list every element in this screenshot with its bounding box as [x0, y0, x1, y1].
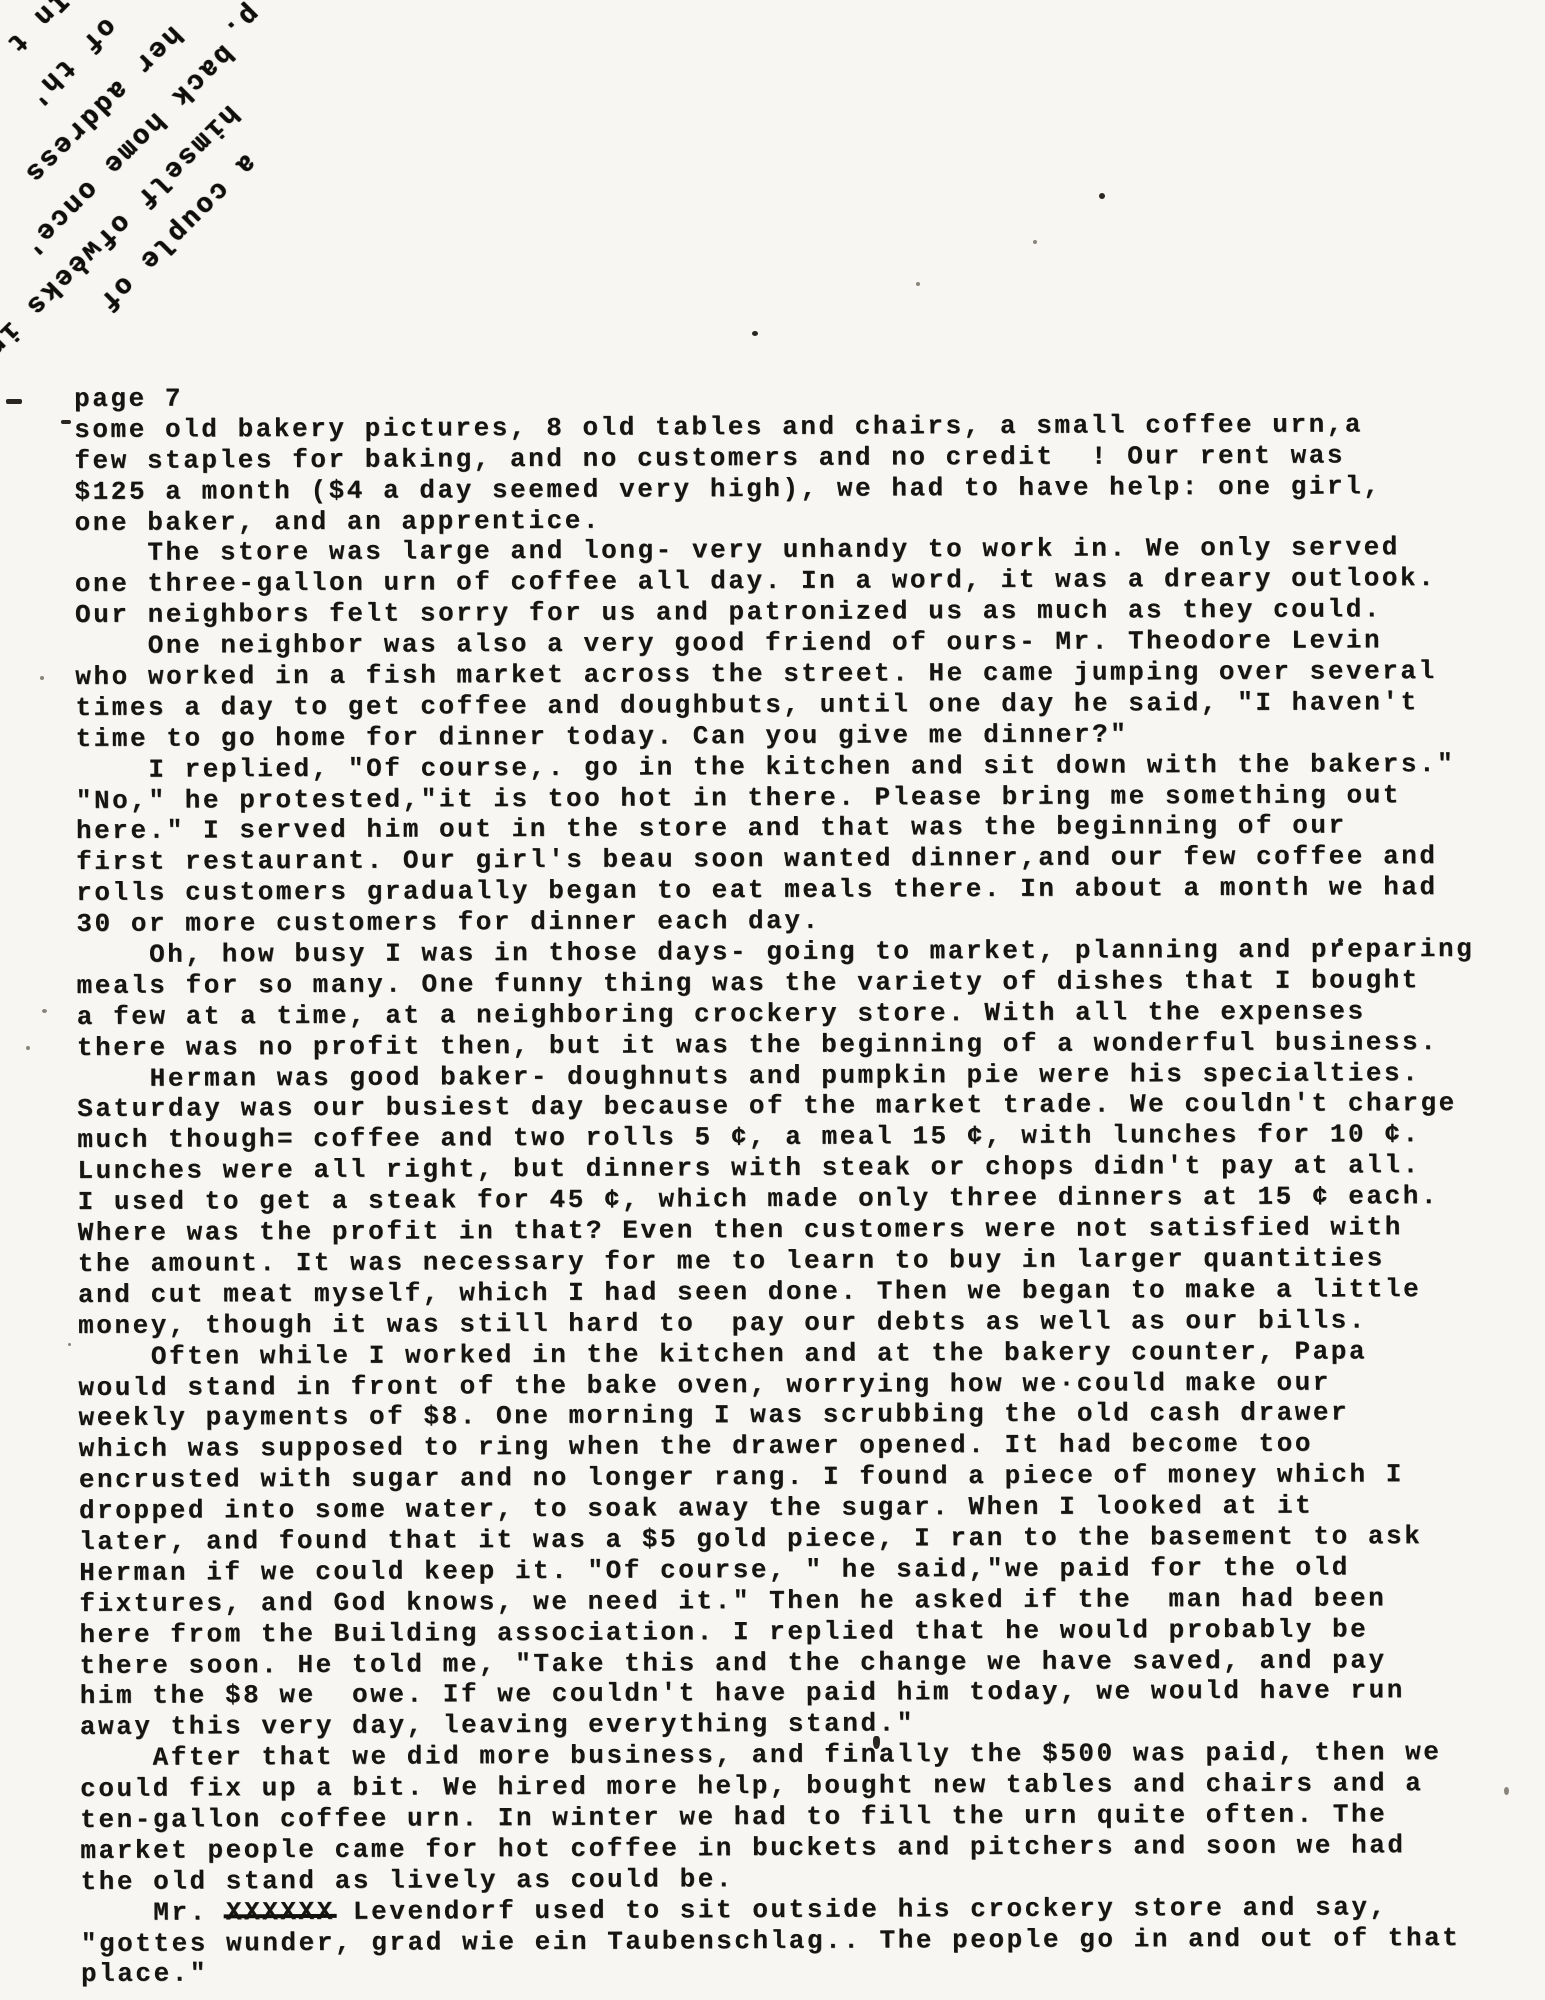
ink-speck: [1099, 193, 1105, 199]
text-line: place.": [81, 1953, 1531, 1990]
ink-speck: [6, 399, 22, 404]
text-line: $125 a month ($4 a day seemed very high)…: [74, 470, 1524, 507]
document-body: page 7 some old bakery pictures, 8 old t…: [74, 378, 1531, 1991]
ink-speck: [40, 676, 44, 680]
bleed-fragment: weeks in: [0, 233, 107, 363]
ink-speck: [68, 1343, 71, 1346]
text-line: times a day to get coffee and doughbuts,…: [75, 687, 1525, 724]
text-segment: Levendorf used to sit outside his crocke…: [335, 1892, 1388, 1927]
struck-out-word: XXXXXX: [226, 1897, 335, 1928]
ink-speck: [26, 1046, 30, 1050]
text-line: rolls customers gradually began to eat m…: [76, 872, 1526, 909]
ink-speck: [42, 1009, 47, 1013]
ink-speck: [61, 420, 71, 424]
typewritten-page: In t of th' her address back home once' …: [0, 0, 1545, 2000]
text-line: market people came for hot coffee in buc…: [80, 1830, 1530, 1867]
ink-speck: [916, 282, 920, 286]
bleed-fragment: p.: [216, 0, 264, 46]
ink-speck: [752, 331, 758, 336]
text-segment: Mr.: [81, 1897, 226, 1928]
ink-speck: [1033, 240, 1037, 244]
